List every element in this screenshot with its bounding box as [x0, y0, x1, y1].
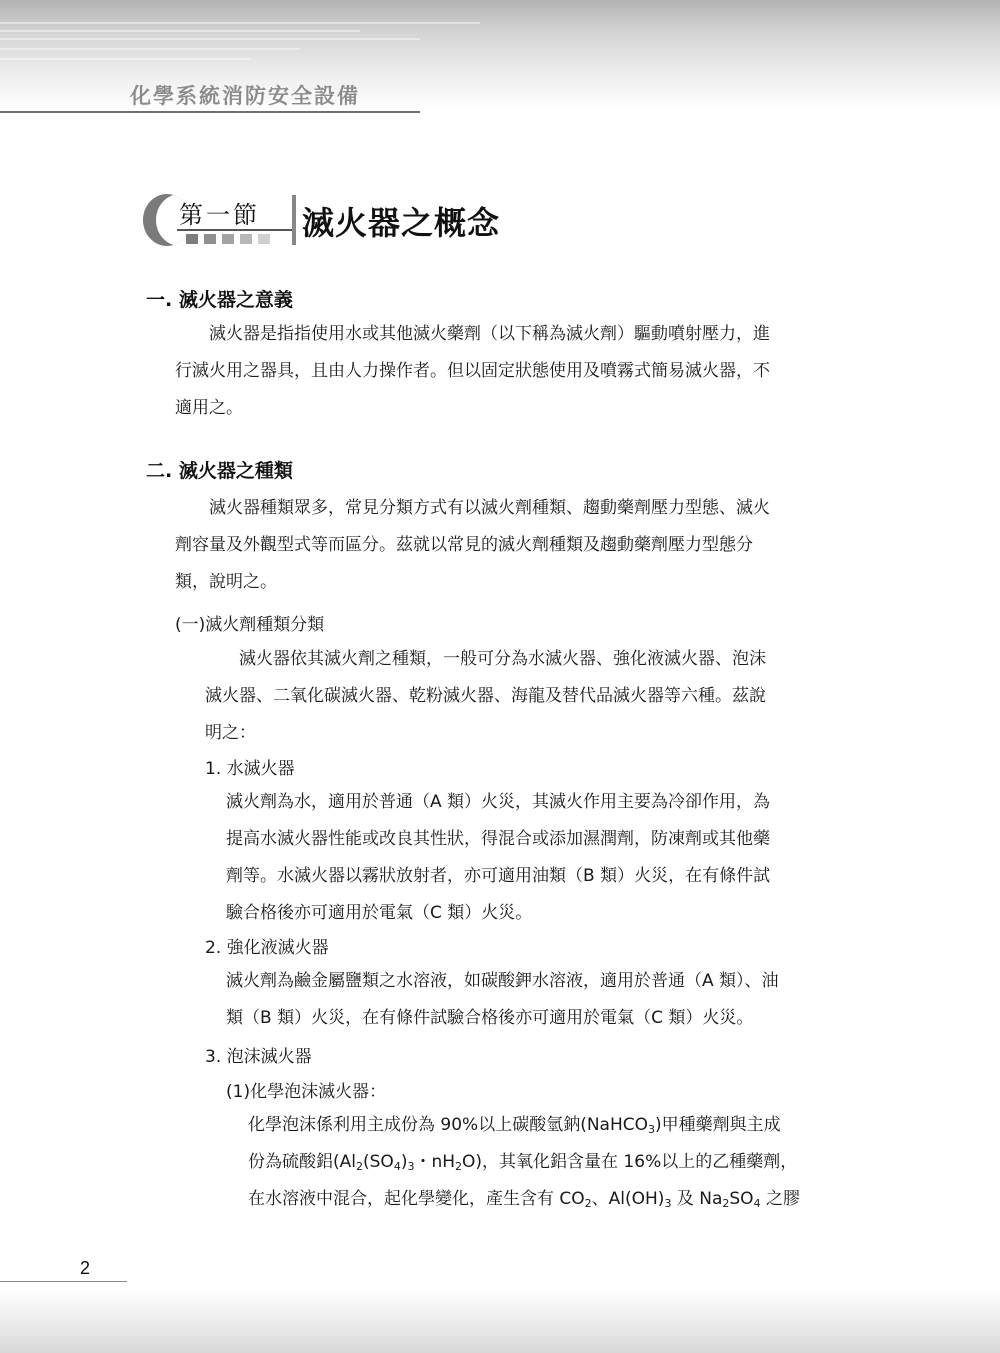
square-icon [186, 234, 198, 244]
text-line: 滅火劑為鹼金屬鹽類之水溶液，如碳酸鉀水溶液，適用於普通（A 類）、油 [226, 963, 860, 1000]
text-segment: )甲種藥劑與主成 [655, 1115, 781, 1135]
decorative-streak [0, 22, 480, 24]
text-segment: 在水溶液中混合，起化學變化，產生含有 CO [248, 1189, 585, 1209]
text-line: 滅火器種類眾多，常見分類方式有以滅火劑種類、趨動藥劑壓力型態、滅火 [175, 490, 860, 527]
paragraph-types: 滅火器種類眾多，常見分類方式有以滅火劑種類、趨動藥劑壓力型態、滅火 劑容量及外觀… [175, 490, 860, 601]
decorative-streak [0, 58, 250, 60]
text-line: 提高水滅火器性能或改良其性狀，得混合或添加濕潤劑，防凍劑或其他藥 [226, 821, 860, 858]
text-line: 行滅火用之器具，且由人力操作者。但以固定狀態使用及噴霧式簡易滅火器，不 [175, 353, 860, 390]
subheading-agent-classification: (一)滅火劑種類分類 [175, 610, 324, 635]
header-rule [0, 111, 420, 113]
text-line: 在水溶液中混合，起化學變化，產生含有 CO2、Al(OH)3 及 Na2SO4 … [248, 1181, 860, 1218]
subscript: 2 [585, 1197, 592, 1210]
text-segment: 份為硫酸鋁(Al [248, 1152, 356, 1172]
paragraph-meaning: 滅火器是指指使用水或其他滅火藥劑（以下稱為滅火劑）驅動噴射壓力，進 行滅火用之器… [175, 316, 860, 427]
square-icon [240, 234, 252, 244]
text-segment: O)，其氧化鋁含量在 16%以上的乙種藥劑， [462, 1152, 797, 1172]
heading-meaning: 一. 滅火器之意義 [146, 285, 293, 312]
square-icon [204, 234, 216, 244]
text-line: 滅火器是指指使用水或其他滅火藥劑（以下稱為滅火劑）驅動噴射壓力，進 [175, 316, 860, 353]
subscript: 2 [356, 1160, 363, 1173]
square-icon [258, 234, 270, 244]
text-line: 劑容量及外觀型式等而區分。茲就以常見的滅火劑種類及趨動藥劑壓力型態分 [175, 527, 860, 564]
section-badge: 第一節 [143, 193, 273, 247]
badge-vertical-bar [292, 195, 296, 245]
badge-underline [177, 229, 292, 231]
text-line: 滅火器、二氧化碳滅火器、乾粉滅火器、海龍及替代品滅火器等六種。茲說 [205, 678, 860, 715]
paragraph-loaded-stream-extinguisher: 滅火劑為鹼金屬鹽類之水溶液，如碳酸鉀水溶液，適用於普通（A 類）、油 類（B 類… [226, 963, 860, 1037]
text-line: 驗合格後亦可適用於電氣（C 類）火災。 [226, 895, 860, 932]
text-line: 劑等。水滅火器以霧狀放射者，亦可適用油類（B 類）火災，在有條件試 [226, 858, 860, 895]
paragraph-agent-classification: 滅火器依其滅火劑之種類，一般可分為水滅火器、強化液滅火器、泡沫 滅火器、二氧化碳… [205, 641, 860, 752]
text-line: 滅火器依其滅火劑之種類，一般可分為水滅火器、強化液滅火器、泡沫 [205, 641, 860, 678]
text-line: 適用之。 [175, 390, 860, 427]
item-foam-extinguisher: 3. 泡沫滅火器 [205, 1042, 312, 1067]
text-segment: 化學泡沫係利用主成份為 90%以上碳酸氫鈉(NaHCO [248, 1115, 648, 1135]
text-line: 份為硫酸鋁(Al2(SO4)3・nH2O)，其氧化鋁含量在 16%以上的乙種藥劑… [248, 1144, 860, 1181]
paragraph-water-extinguisher: 滅火劑為水，適用於普通（A 類）火災，其滅火作用主要為冷卻作用，為 提高水滅火器… [226, 784, 860, 932]
text-segment: 及 Na [671, 1189, 722, 1209]
page-number: 2 [80, 1258, 90, 1279]
subscript: 2 [455, 1160, 462, 1173]
running-header-title: 化學系統消防安全設備 [130, 80, 360, 110]
square-icon [222, 234, 234, 244]
text-segment: SO [729, 1189, 753, 1209]
text-segment: 之膠 [761, 1189, 800, 1209]
text-line: 類（B 類）火災，在有條件試驗合格後亦可適用於電氣（C 類）火災。 [226, 1000, 860, 1037]
decorative-streak [0, 48, 300, 50]
text-line: 滅火劑為水，適用於普通（A 類）火災，其滅火作用主要為冷卻作用，為 [226, 784, 860, 821]
text-line: 類，說明之。 [175, 564, 860, 601]
item-loaded-stream-extinguisher: 2. 強化液滅火器 [205, 933, 329, 958]
item-chemical-foam-extinguisher: (1)化學泡沫滅火器： [226, 1077, 386, 1102]
section-title: 滅火器之概念 [302, 198, 500, 244]
footer-rule [0, 1281, 127, 1282]
item-water-extinguisher: 1. 水滅火器 [205, 754, 295, 779]
text-line: 明之： [205, 715, 860, 752]
decorative-streak [0, 30, 360, 32]
text-segment: 、Al(OH) [592, 1189, 665, 1209]
decorative-streak [0, 38, 420, 40]
text-line: 化學泡沫係利用主成份為 90%以上碳酸氫鈉(NaHCO3)甲種藥劑與主成 [248, 1107, 860, 1144]
section-badge-label: 第一節 [179, 195, 260, 230]
subscript: 4 [754, 1197, 761, 1210]
footer-gradient-band [0, 1290, 1000, 1353]
text-segment: ・nH [414, 1152, 455, 1172]
text-segment: (SO [363, 1152, 394, 1172]
subscript: 3 [648, 1123, 655, 1136]
heading-types: 二. 滅火器之種類 [146, 456, 293, 483]
subscript: 4 [394, 1160, 401, 1173]
paragraph-chemical-foam: 化學泡沫係利用主成份為 90%以上碳酸氫鈉(NaHCO3)甲種藥劑與主成 份為硫… [248, 1107, 860, 1218]
badge-squares [186, 234, 270, 244]
